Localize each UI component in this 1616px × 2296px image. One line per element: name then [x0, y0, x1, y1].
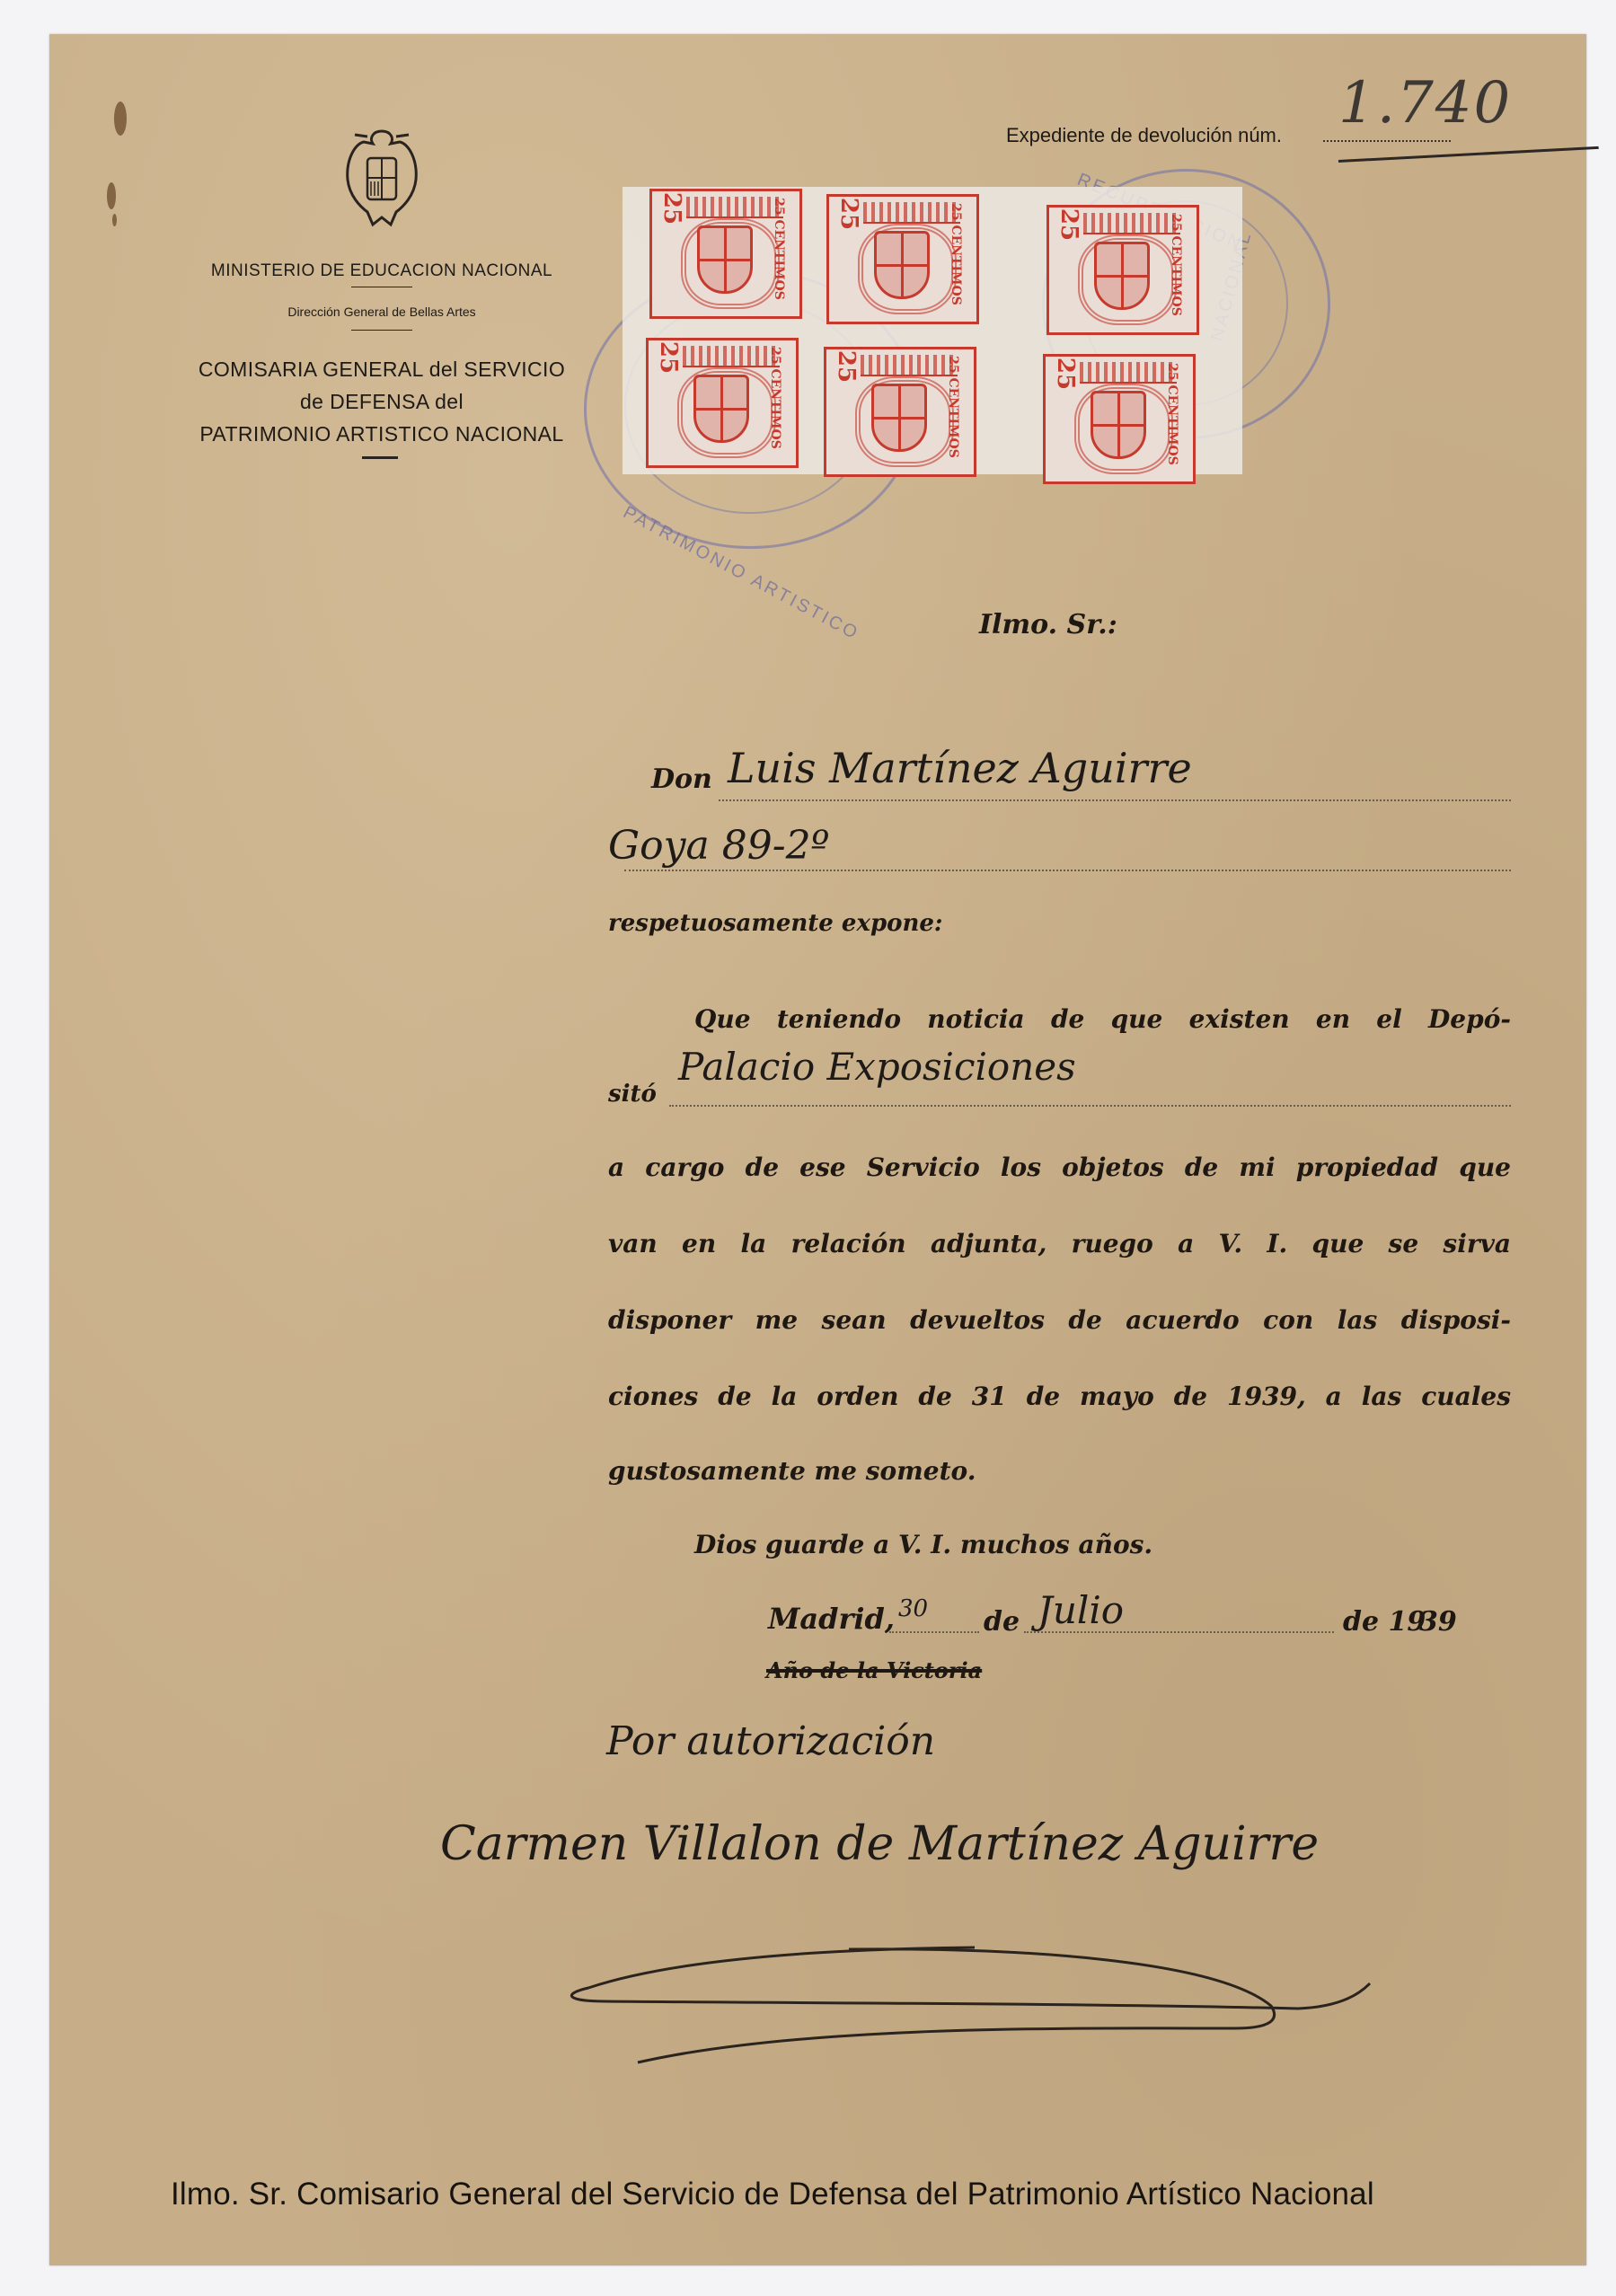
date-city: Madrid, [768, 1602, 895, 1636]
stain-mark [112, 214, 117, 226]
comisaria-line-3: PATRIMONIO ARTISTICO NACIONAL [166, 418, 597, 450]
comisaria-line-2: de DEFENSA del [166, 385, 597, 418]
shield-icon [871, 384, 927, 452]
revenue-stamp: 25 25 CENTIMOS [826, 194, 979, 324]
stamp-band [683, 346, 780, 367]
date-year-suffix: 39 [1419, 1606, 1457, 1638]
signature-flourish [534, 1938, 1415, 2082]
expediente-dotted-line [1323, 140, 1451, 142]
signer-name: Carmen Villalon de Martínez Aguirre [440, 1817, 1319, 1871]
expediente-number: 1.740 [1338, 70, 1512, 137]
stamp-side-text: 25 CENTIMOS [946, 356, 960, 458]
stamp-value: 25 [835, 198, 862, 230]
coat-of-arms-icon [337, 124, 427, 232]
revenue-stamp: 25 25 CENTIMOS [1043, 354, 1196, 484]
stamp-band [863, 202, 960, 224]
body-line-1: Que teniendo noticia de que existen en e… [694, 1004, 1511, 1034]
stamp-value: 25 [833, 350, 860, 383]
applicant-name-line [719, 799, 1511, 801]
stamp-band [1083, 213, 1180, 234]
revenue-stamp: 25 25 CENTIMOS [646, 338, 799, 468]
body-line-4: van en la relación adjunta, ruego a V. I… [608, 1229, 1511, 1258]
body-line-5: disponer me sean devueltos de acuerdo co… [608, 1305, 1511, 1335]
shield-icon [874, 231, 930, 299]
salutation: Ilmo. Sr.: [979, 609, 1117, 640]
date-day-line [889, 1631, 979, 1633]
stamp-band [686, 197, 783, 218]
stamp-side-text: 25 CENTIMOS [772, 198, 786, 300]
stamp-band [861, 355, 958, 376]
intro-text: respetuosamente expone: [608, 910, 943, 937]
stamp-side-text: 25 CENTIMOS [1165, 363, 1179, 465]
deposit-value: Palacio Exposiciones [678, 1045, 1076, 1089]
comisaria-name: COMISARIA GENERAL del SERVICIO de DEFENS… [166, 353, 597, 450]
applicant-name: Luis Martínez Aguirre [728, 744, 1192, 792]
shield-icon [1091, 391, 1146, 459]
revenue-stamp: 25 25 CENTIMOS [649, 189, 802, 319]
date-year-prefix: de 19 [1343, 1606, 1426, 1638]
addressee-footer: Ilmo. Sr. Comisario General del Servicio… [171, 2177, 1374, 2212]
divider [351, 330, 412, 331]
body-line-7: gustosamente me someto. [608, 1456, 1511, 1486]
comisaria-line-1: COMISARIA GENERAL del SERVICIO [166, 353, 597, 385]
stain-mark [114, 102, 127, 136]
deposit-prefix: sitó [608, 1081, 657, 1108]
stamp-value: 25 [655, 341, 682, 374]
stamp-side-text: 25 CENTIMOS [768, 347, 782, 449]
expediente-label: Expediente de devolución núm. [1006, 124, 1282, 147]
revenue-stamp: 25 25 CENTIMOS [824, 347, 976, 477]
shield-icon [1094, 242, 1150, 310]
stamp-value: 25 [1052, 358, 1079, 390]
stain-mark [107, 182, 116, 209]
struck-ano-victoria: Año de la Victoria [766, 1657, 982, 1683]
stamp-value: 25 [658, 192, 685, 225]
stamp-side-text: 25 CENTIMOS [1169, 214, 1183, 316]
divider [351, 287, 412, 287]
direccion-name: Dirección General de Bellas Artes [166, 305, 597, 319]
shield-icon [697, 225, 753, 294]
closing-text: Dios guarde a V. I. muchos años. [694, 1530, 1152, 1559]
applicant-prefix: Don [651, 764, 712, 795]
shield-icon [693, 375, 749, 443]
stamp-value: 25 [1055, 208, 1082, 241]
revenue-stamp: 25 25 CENTIMOS [1046, 205, 1199, 335]
deposit-line [669, 1105, 1511, 1107]
stamp-band [1080, 362, 1177, 384]
stamp-side-text: 25 CENTIMOS [949, 203, 963, 305]
date-de: de [984, 1606, 1020, 1638]
applicant-address-line [624, 870, 1511, 871]
authorization-text: Por autorización [606, 1718, 935, 1764]
date-day: 30 [898, 1595, 928, 1622]
applicant-address: Goya 89-2º [608, 823, 829, 869]
divider [362, 456, 398, 459]
date-month: Julio [1038, 1588, 1124, 1632]
ministry-name: MINISTERIO DE EDUCACION NACIONAL [166, 261, 597, 281]
body-line-3: a cargo de ese Servicio los objetos de m… [608, 1152, 1511, 1182]
body-line-6: ciones de la orden de 31 de mayo de 1939… [608, 1382, 1511, 1411]
expediente-underline [1338, 146, 1599, 163]
document-page: MINISTERIO DE EDUCACION NACIONAL Direcci… [49, 34, 1586, 2265]
